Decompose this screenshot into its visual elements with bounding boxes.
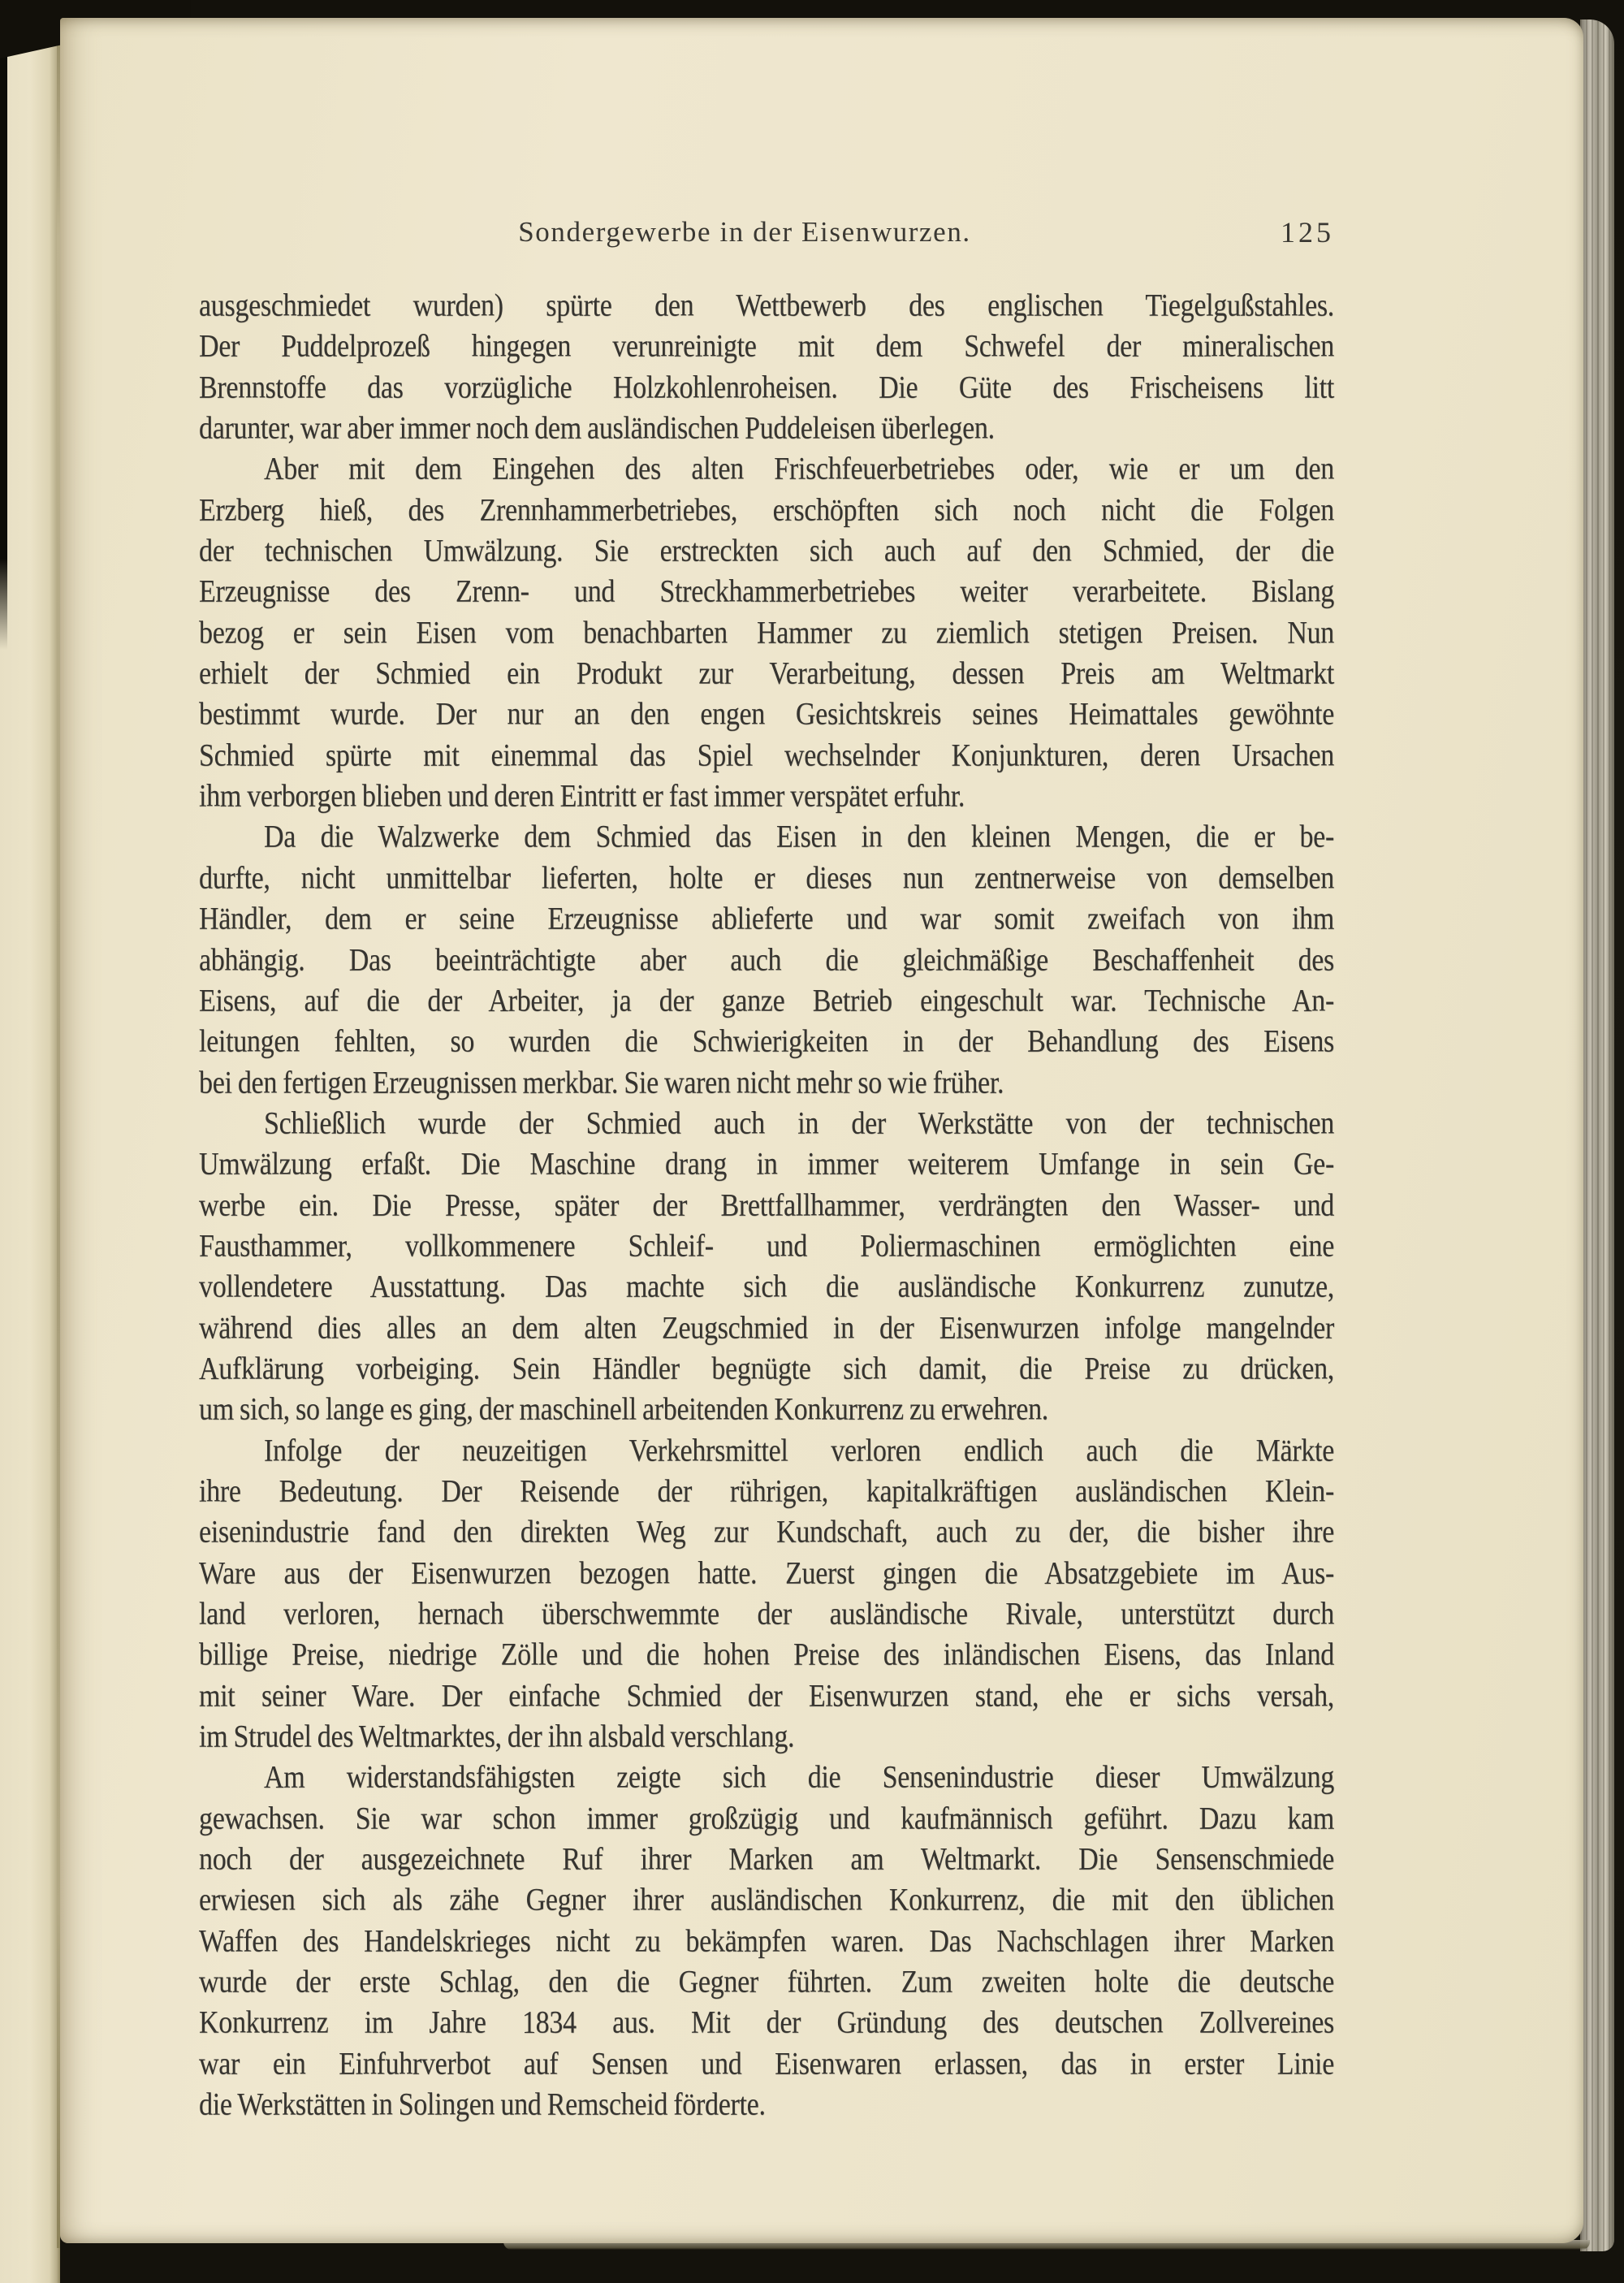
page-header: Sondergewerbe in der Eisenwurzen. 125 xyxy=(199,216,1334,260)
paragraph: Infolge der neuzeitigen Verkehrsmittel v… xyxy=(199,1431,1334,1758)
text-block: ausgeschmiedet wurden) spürte den Wettbe… xyxy=(199,286,1334,2125)
text-line: vollendetere Ausstattung. Das machte sic… xyxy=(199,1264,1334,1311)
scan-left-shadow xyxy=(0,0,7,650)
page-number: 125 xyxy=(1281,215,1334,249)
text-line: leitungen fehlten, so wurden die Schwier… xyxy=(199,1018,1334,1066)
text-line: die Werkstätten in Solingen und Remschei… xyxy=(199,2082,1334,2129)
facing-page-gutter xyxy=(0,11,60,2283)
book-page: Sondergewerbe in der Eisenwurzen. 125 au… xyxy=(60,18,1583,2243)
paragraph: Am widerstandsfähigsten zeigte sich die … xyxy=(199,1758,1334,2125)
text-line: billige Preise, niedrige Zölle und die h… xyxy=(199,1632,1334,1679)
running-title: Sondergewerbe in der Eisenwurzen. xyxy=(199,216,1290,249)
paragraph: Da die Walzwerke dem Schmied das Eisen i… xyxy=(199,817,1334,1103)
text-line: um sich, so lange es ging, der maschinel… xyxy=(199,1386,1334,1433)
book-fore-edge xyxy=(1580,19,1614,2251)
paragraph: Aber mit dem Eingehen des alten Frischfe… xyxy=(199,449,1334,817)
text-line: eisenindustrie fand den direkten Weg zur… xyxy=(199,1509,1334,1556)
text-line: Händler, dem er seine Erzeugnisse ablief… xyxy=(199,896,1334,943)
text-line: Der Puddelprozeß hingegen verunreinigte … xyxy=(199,323,1334,370)
paragraph: ausgeschmiedet wurden) spürte den Wettbe… xyxy=(199,286,1334,449)
text-line: Umwälzung erfaßt. Die Maschine drang in … xyxy=(199,1141,1334,1188)
paragraph: Schließlich wurde der Schmied auch in de… xyxy=(199,1104,1334,1431)
book-scan: Sondergewerbe in der Eisenwurzen. 125 au… xyxy=(0,0,1624,2283)
